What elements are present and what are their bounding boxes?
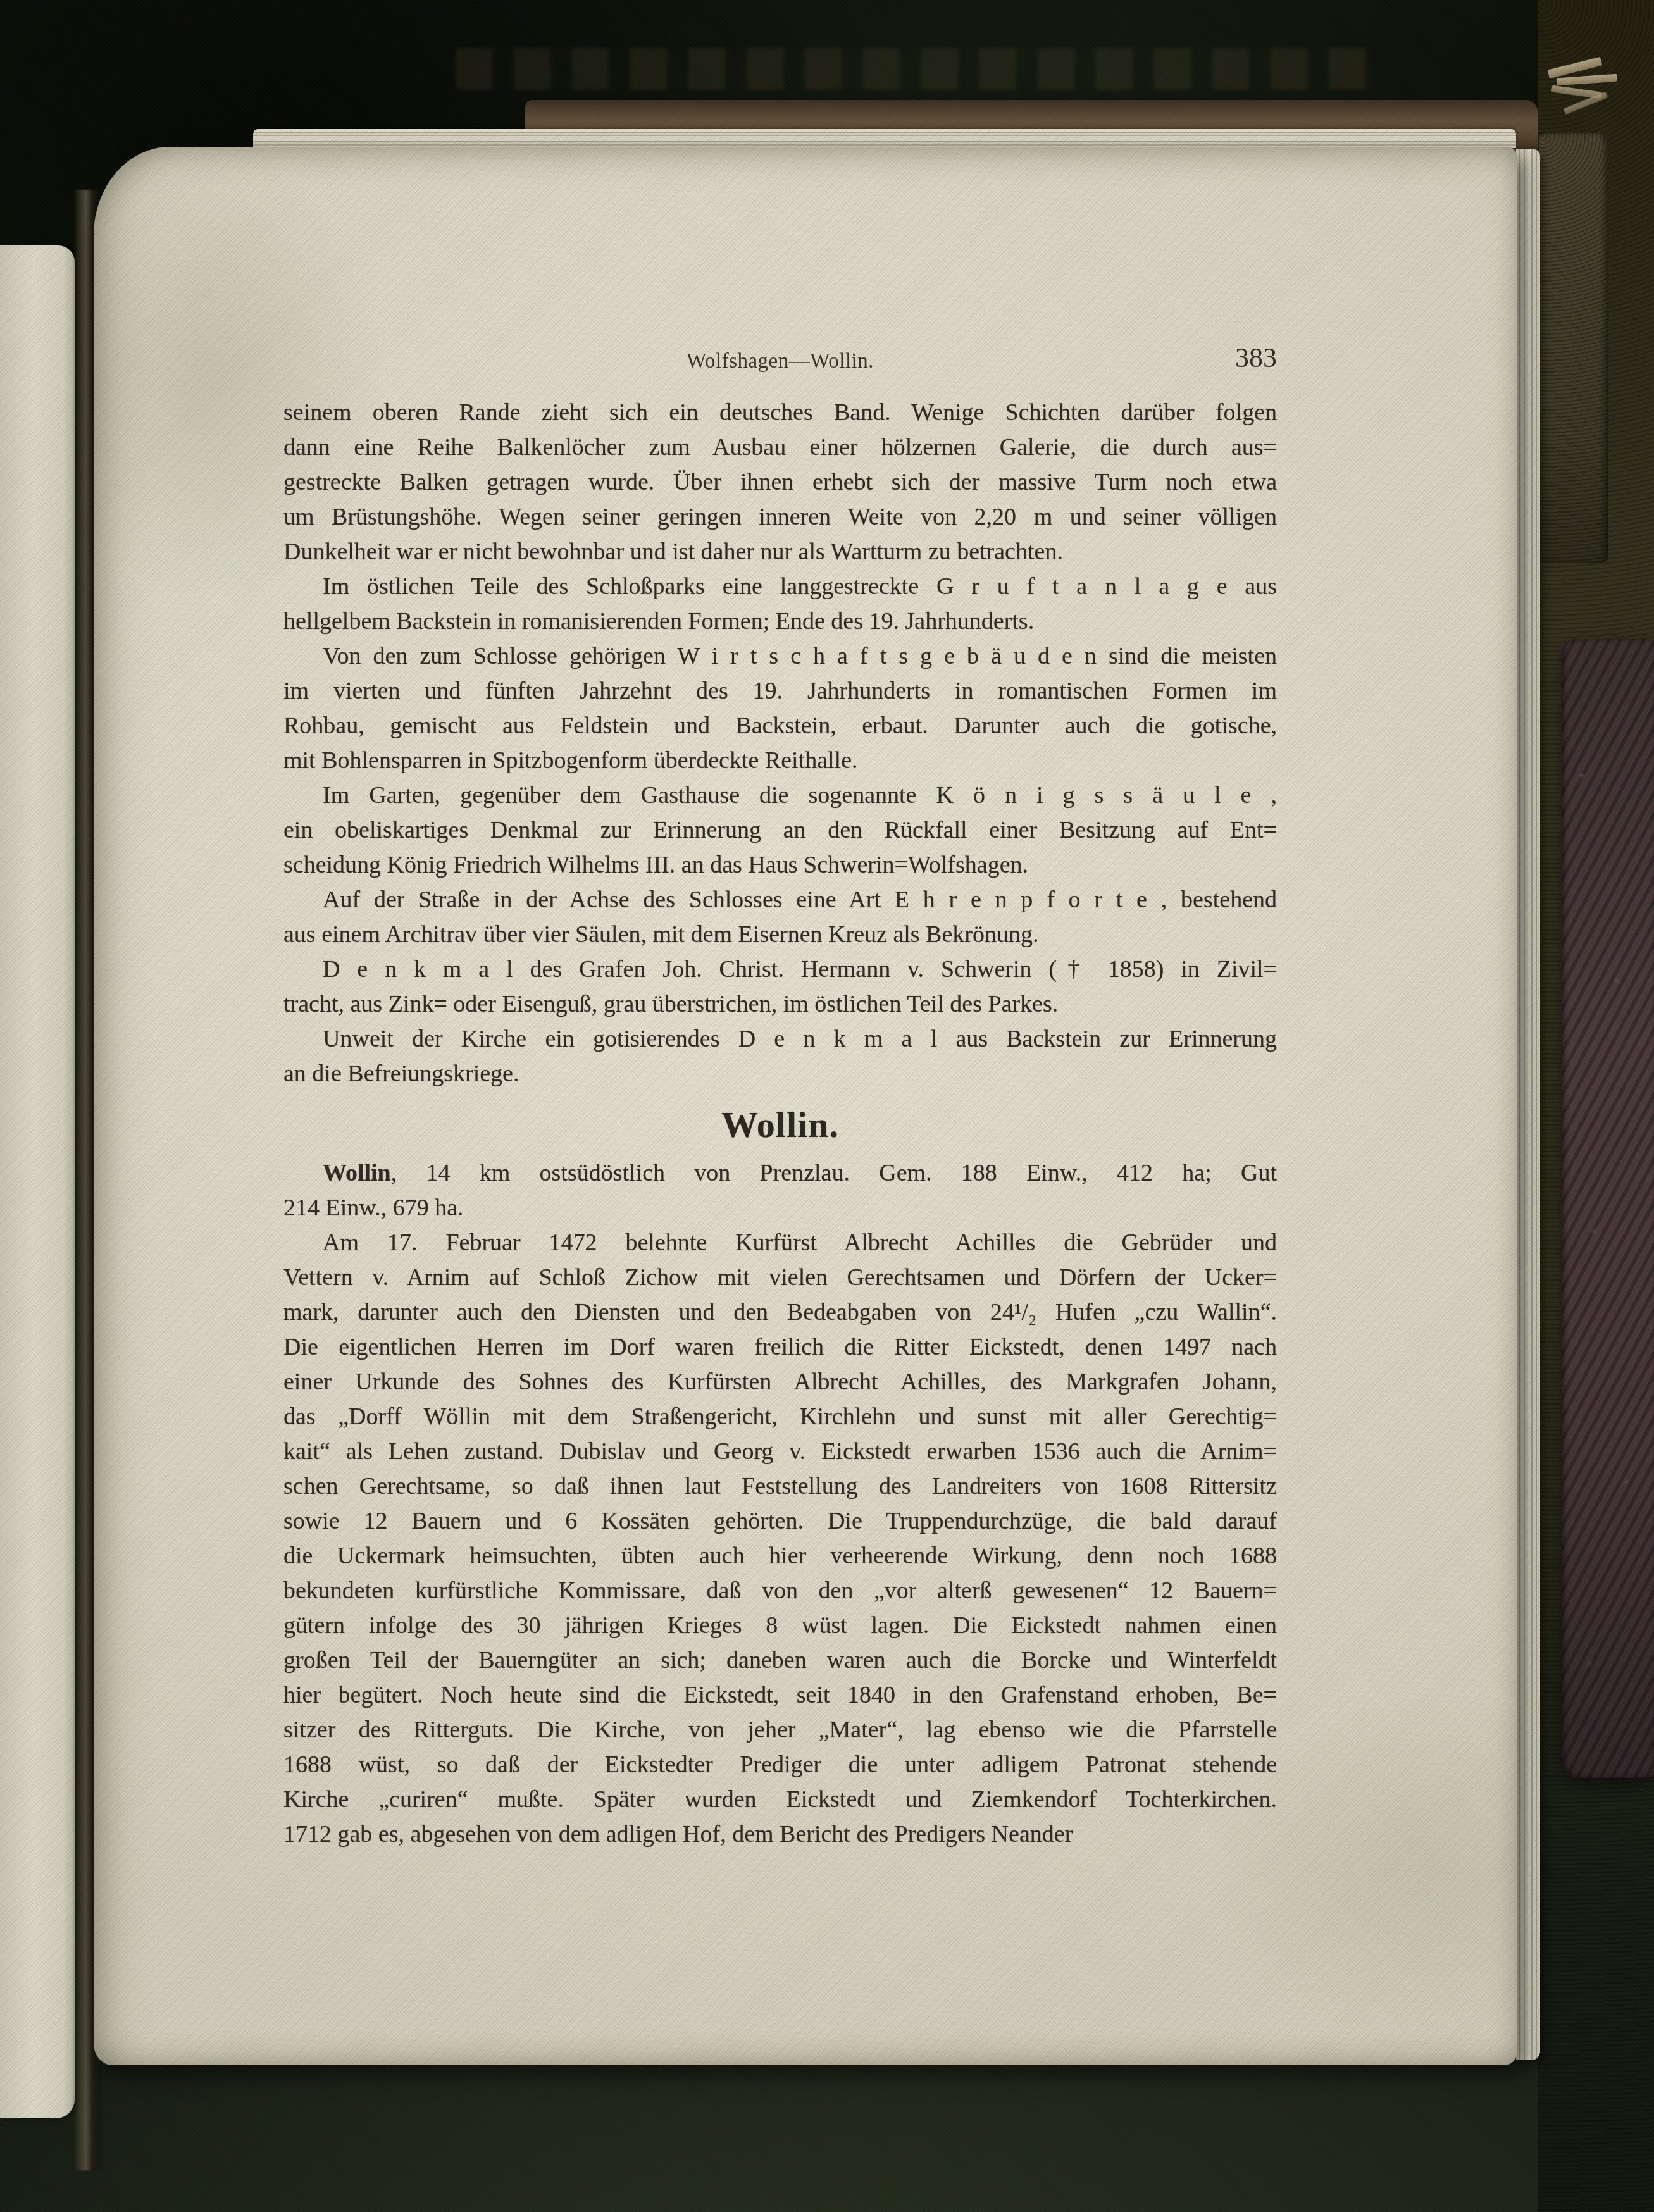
text-line: Die eigentlichen Herren im Dorf waren fr… [283,1330,1277,1365]
text-block: Wolfshagen—Wollin. 383 seinem oberen Ran… [283,344,1277,1852]
text-line: das „Dorff Wöllin mit dem Straßengericht… [283,1400,1277,1434]
paragraph: Im östlichen Teile des Schloßparks eine … [283,569,1277,639]
text-line: sitzer des Ritterguts. Die Kirche, von j… [283,1713,1277,1748]
paragraph: seinem oberen Rande zieht sich ein deuts… [283,395,1277,569]
paragraph: D e n k m a l des Grafen Joh. Christ. He… [283,952,1277,1022]
facing-page-edge [0,245,75,2118]
text-line: Auf der Straße in der Achse des Schlosse… [283,883,1277,917]
text-line: D e n k m a l des Grafen Joh. Christ. He… [283,952,1277,987]
cover-turn-in-edge [1539,133,1608,563]
text-line: die Uckermark heimsuchten, übten auch hi… [283,1539,1277,1574]
cover-blind-stamp-ghost [456,48,1373,90]
text-line: im vierten und fünften Jahrzehnt des 19.… [283,674,1277,709]
page: Wolfshagen—Wollin. 383 seinem oberen Ran… [94,147,1517,2065]
text-line: Rohbau, gemischt aus Feldstein und Backs… [283,709,1277,743]
text-line: gütern infolge des 30 jährigen Krieges 8… [283,1608,1277,1643]
text-line: Im Garten, gegenüber dem Gasthause die s… [283,778,1277,813]
text-line: einer Urkunde des Sohnes des Kurfürsten … [283,1365,1277,1400]
text-line: an die Befreiungskriege. [283,1057,1277,1091]
paragraph: Im Garten, gegenüber dem Gasthause die s… [283,778,1277,883]
paragraph: Wollin, 14 km ostsüdöstlich von Prenzlau… [283,1156,1277,1226]
text-line: 1688 wüst, so daß der Eickstedter Predig… [283,1748,1277,1782]
text-line: tracht, aus Zink= oder Eisenguß, grau üb… [283,987,1277,1022]
text-line: Dunkelheit war er nicht bewohnbar und is… [283,535,1277,569]
page-number: 383 [1235,340,1277,375]
text-line: schen Gerechtsame, so daß ihnen laut Fes… [283,1469,1277,1504]
text-line: Kirche „curiren“ mußte. Später wurden Ei… [283,1782,1277,1817]
text-line: Am 17. Februar 1472 belehnte Kurfürst Al… [283,1226,1277,1260]
text-line: bekundeten kurfürstliche Kommissare, daß… [283,1574,1277,1608]
text-line: großen Teil der Bauerngüter an sich; dan… [283,1643,1277,1678]
text-line: gestreckte Balken getragen wurde. Über i… [283,465,1277,500]
section-heading: Wollin. [283,1098,1277,1152]
text-line: um Brüstungshöhe. Wegen seiner geringen … [283,500,1277,535]
text-line: Im östlichen Teile des Schloßparks eine … [283,569,1277,604]
paragraph: Am 17. Februar 1472 belehnte Kurfürst Al… [283,1226,1277,1852]
text-line: mit Bohlensparren in Spitzbogenform über… [283,743,1277,778]
book-scan-photo: Wolfshagen—Wollin. 383 seinem oberen Ran… [0,0,1654,2212]
text-line: 214 Einw., 679 ha. [283,1191,1277,1226]
running-header-title: Wolfshagen—Wollin. [283,344,1277,379]
text-line: Wollin, 14 km ostsüdöstlich von Prenzlau… [283,1156,1277,1191]
text-line: sowie 12 Bauern und 6 Kossäten gehörten.… [283,1504,1277,1539]
text-line: mark, darunter auch den Diensten und den… [283,1295,1277,1330]
text-line: Von den zum Schlosse gehörigen W i r t s… [283,639,1277,674]
page-stack-right-edge [1516,149,1540,2060]
paragraph: Unweit der Kirche ein gotisierendes D e … [283,1022,1277,1091]
paragraph: Auf der Straße in der Achse des Schlosse… [283,883,1277,952]
text-line: aus einem Architrav über vier Säulen, mi… [283,917,1277,952]
text-line: hellgelbem Backstein in romanisierenden … [283,604,1277,639]
spine-marbled-strip [1562,639,1654,1778]
text-line: ein obeliskartiges Denkmal zur Erinnerun… [283,813,1277,848]
headband-fray [1544,58,1626,134]
text-line: seinem oberen Rande zieht sich ein deuts… [283,395,1277,430]
running-head: Wolfshagen—Wollin. 383 [283,344,1277,379]
text-line: kait“ als Lehen zustand. Dubislav und Ge… [283,1434,1277,1469]
text-line: Vettern v. Arnim auf Schloß Zichow mit v… [283,1260,1277,1295]
text-line: dann eine Reihe Balkenlöcher zum Ausbau … [283,430,1277,465]
text-line: scheidung König Friedrich Wilhelms III. … [283,848,1277,883]
text-line: Unweit der Kirche ein gotisierendes D e … [283,1022,1277,1057]
text-line: 1712 gab es, abgesehen von dem adligen H… [283,1817,1277,1852]
paragraph: Von den zum Schlosse gehörigen W i r t s… [283,639,1277,778]
text-line: hier begütert. Noch heute sind die Eicks… [283,1678,1277,1713]
page-stack-top-edge [253,129,1516,148]
